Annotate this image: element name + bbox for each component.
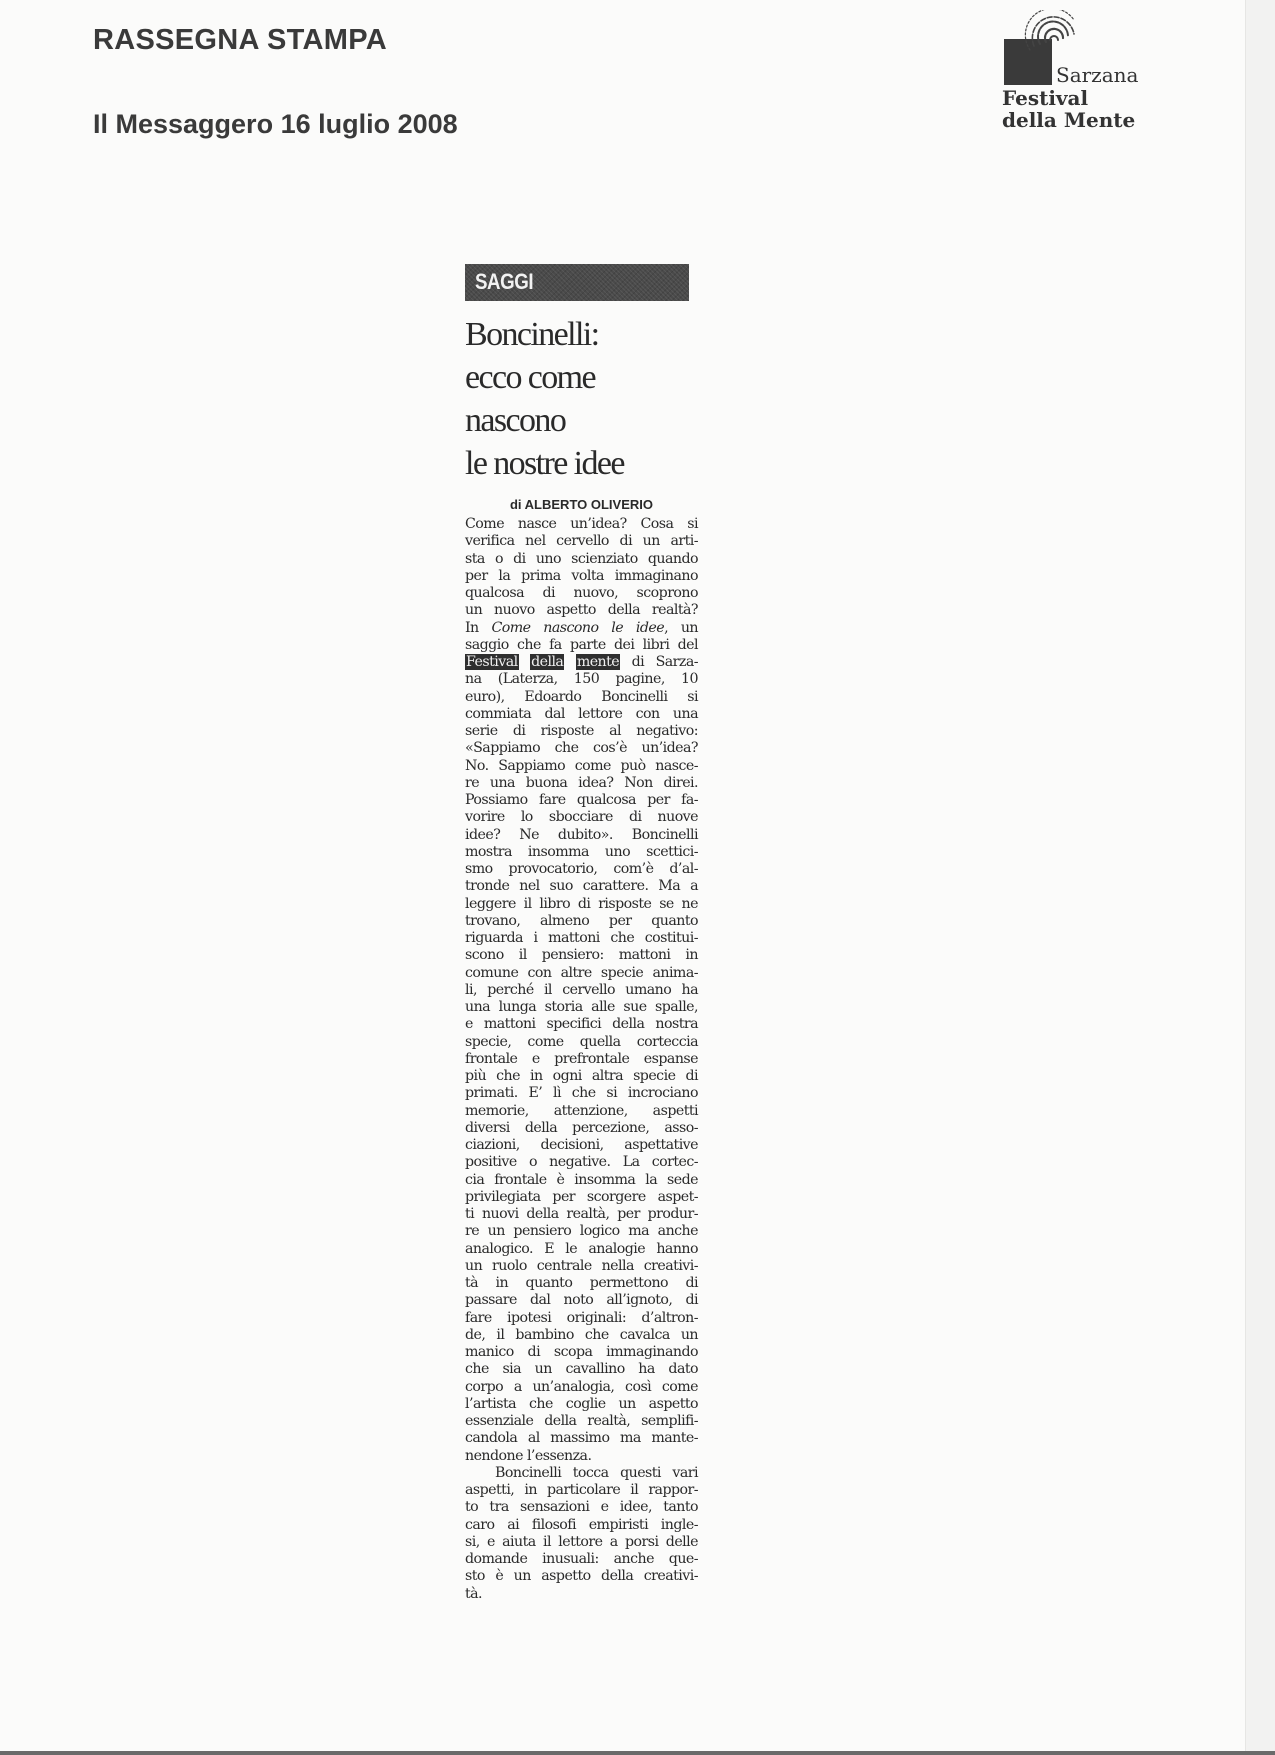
body-line: re un pensiero logico ma anche <box>465 1223 698 1240</box>
body-line: un ruolo centrale nella creativi- <box>465 1258 698 1275</box>
body-line: si, e aiuta il lettore a porsi delle <box>465 1534 698 1551</box>
headline-line: Boncinelli: <box>465 313 698 356</box>
body-line: trovano, almeno per quanto <box>465 913 698 930</box>
body-line: euro), Edoardo Boncinelli si <box>465 689 698 706</box>
scan-right-margin <box>1245 0 1275 1751</box>
body-line: frontale e prefrontale espanse <box>465 1051 698 1068</box>
headline-line: ecco come nascono <box>465 356 698 442</box>
body-line: qualcosa di nuovo, scoprono <box>465 585 698 602</box>
body-line: cia frontale è insomma la sede <box>465 1172 698 1189</box>
article-byline: di ALBERTO OLIVERIO <box>465 497 698 512</box>
logo-della-mente: della Mente <box>1002 110 1135 130</box>
body-line: un nuovo aspetto della realtà? <box>465 602 698 619</box>
body-line: serie di risposte al negativo: <box>465 723 698 740</box>
body-line: mostra insomma uno scettici- <box>465 844 698 861</box>
body-line: sta o di uno scienziato quando <box>465 551 698 568</box>
body-line: aspetti, in particolare il rappor- <box>465 1482 698 1499</box>
body-line-book-title: In Come nascono le idee, un <box>465 620 698 637</box>
body-line: per la prima volta immaginano <box>465 568 698 585</box>
body-line: saggio che fa parte dei libri del <box>465 637 698 654</box>
article-headline: Boncinelli: ecco come nascono le nostre … <box>465 313 698 485</box>
highlight-word: mente <box>576 654 620 670</box>
body-line: l’artista che coglie un aspetto <box>465 1396 698 1413</box>
body-line: leggere il libro di risposte se ne <box>465 896 698 913</box>
body-line: re una buona idea? Non direi. <box>465 775 698 792</box>
body-line: manico di scopa immaginando <box>465 1344 698 1361</box>
body-line: corpo a un’analogia, così come <box>465 1379 698 1396</box>
body-line: Possiamo fare qualcosa per fa- <box>465 792 698 809</box>
body-line: e mattoni specifici della nostra <box>465 1016 698 1033</box>
body-line: na (Laterza, 150 pagine, 10 <box>465 671 698 688</box>
body-line: «Sappiamo che cos’è un’idea? <box>465 740 698 757</box>
body-line: tà. <box>465 1586 698 1603</box>
body-line: fare ipotesi originali: d’altron- <box>465 1310 698 1327</box>
section-tag: SAGGI <box>465 264 689 301</box>
headline-line: le nostre idee <box>465 442 698 485</box>
body-line: positive o negative. La cortec- <box>465 1154 698 1171</box>
body-line-highlight: Festival della mente di Sarza- <box>465 654 698 671</box>
body-line: vorire lo sbocciare di nuove <box>465 809 698 826</box>
body-line: che sia un cavallino ha dato <box>465 1361 698 1378</box>
body-line: caro ai filosofi empiristi ingle- <box>465 1517 698 1534</box>
body-line: scono il pensiero: mattoni in <box>465 947 698 964</box>
article-body: Come nasce un’idea? Cosa si verifica nel… <box>465 516 698 1603</box>
body-line: ciazioni, decisioni, aspettative <box>465 1137 698 1154</box>
body-line: domande inusuali: anche que- <box>465 1551 698 1568</box>
body-line: to tra sensazioni e idee, tanto <box>465 1499 698 1516</box>
body-line: nendone l’essenza. <box>465 1448 698 1465</box>
body-line: passare dal noto all’ignoto, di <box>465 1292 698 1309</box>
body-line: memorie, attenzione, aspetti <box>465 1103 698 1120</box>
book-title: Come nascono le idee <box>491 620 664 636</box>
body-line: verifica nel cervello di un arti- <box>465 533 698 550</box>
body-line: diversi della percezione, asso- <box>465 1120 698 1137</box>
highlight-word: della <box>530 654 564 670</box>
body-line: privilegiata per scorgere aspet- <box>465 1189 698 1206</box>
body-line: più che in ogni altra specie di <box>465 1068 698 1085</box>
body-line: No. Sappiamo come può nasce- <box>465 758 698 775</box>
body-line: analogico. E le analogie hanno <box>465 1241 698 1258</box>
newspaper-source-date: Il Messaggero 16 luglio 2008 <box>93 109 458 140</box>
body-line: Come nasce un’idea? Cosa si <box>465 516 698 533</box>
body-line: specie, come quella corteccia <box>465 1034 698 1051</box>
press-review-title: RASSEGNA STAMPA <box>93 24 387 57</box>
body-line: tronde nel suo carattere. Ma a <box>465 878 698 895</box>
festival-logo: Sarzana Festival della Mente <box>1000 8 1150 138</box>
body-line: riguarda i mattoni che costitui- <box>465 930 698 947</box>
body-line: commiata dal lettore con una <box>465 706 698 723</box>
body-line: primati. E’ lì che si incrociano <box>465 1085 698 1102</box>
body-line: tà in quanto permettono di <box>465 1275 698 1292</box>
body-line: una lunga storia alle sue spalle, <box>465 999 698 1016</box>
body-line: idee? Ne dubito». Boncinelli <box>465 827 698 844</box>
body-line: candola al massimo ma mante- <box>465 1430 698 1447</box>
body-line: sto è un aspetto della creativi- <box>465 1568 698 1585</box>
section-tag-label: SAGGI <box>475 269 533 295</box>
body-line: smo provocatorio, com’è d’al- <box>465 861 698 878</box>
logo-festival: Festival <box>1002 88 1088 108</box>
body-line: Boncinelli tocca questi vari <box>465 1465 698 1482</box>
body-line: de, il bambino che cavalca un <box>465 1327 698 1344</box>
scan-bottom-edge <box>0 1751 1275 1755</box>
newspaper-article: SAGGI Boncinelli: ecco come nascono le n… <box>465 264 698 1603</box>
body-line: li, perché il cervello umano ha <box>465 982 698 999</box>
body-line: ti nuovi della realtà, per produr- <box>465 1206 698 1223</box>
body-line: comune con altre specie anima- <box>465 965 698 982</box>
highlight-word: Festival <box>465 654 519 670</box>
body-line: essenziale della realtà, semplifi- <box>465 1413 698 1430</box>
logo-sarzana: Sarzana <box>1056 65 1138 85</box>
swirl-icon <box>1024 10 1084 70</box>
